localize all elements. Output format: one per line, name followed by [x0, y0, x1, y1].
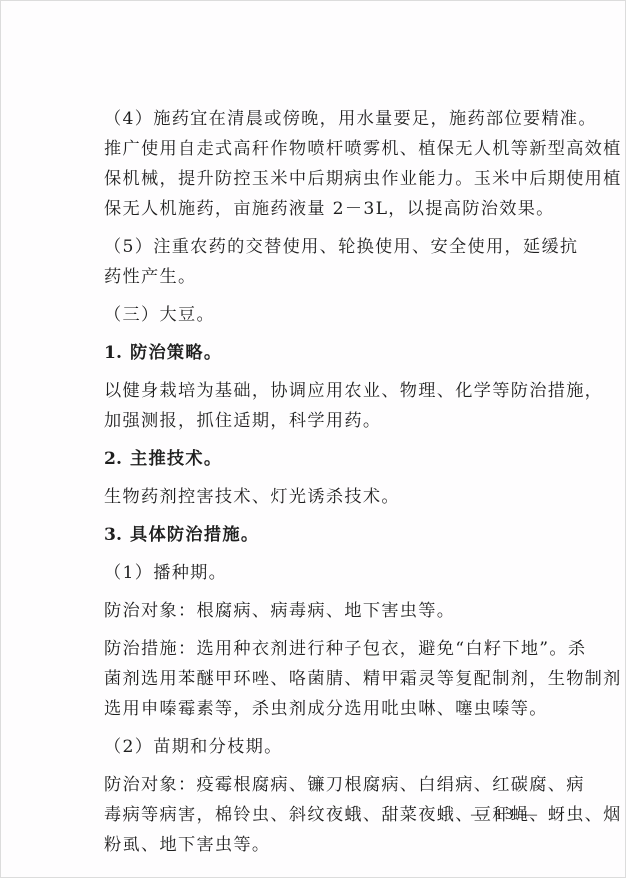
text-line: 防治措施：选用种衣剂进行种子包衣，避免“白籽下地”。杀	[104, 634, 550, 664]
text-line: 保无人机施药，亩施药液量 2－3L，以提高防治效果。	[104, 194, 552, 224]
item-heading-sowing: （1）播种期。	[104, 558, 552, 588]
subsection-title: 主推技术。	[130, 449, 222, 469]
item-heading-seedling: （2）苗期和分枝期。	[104, 732, 552, 762]
text-line: 推广使用自走式高秆作物喷杆喷雾机、植保无人机等新型高效植	[1, 134, 550, 164]
subsection-heading-measures: 3.具体防治措施。	[104, 520, 552, 550]
document-page: （4）施药宜在清晨或傍晚，用水量要足，施药部位要精准。 推广使用自走式高秆作物喷…	[0, 0, 626, 878]
text-line: 粉虱、地下害虫等。	[104, 830, 552, 860]
subsection-number: 1.	[104, 343, 122, 363]
page-number: — 13 —	[471, 806, 539, 824]
section-heading-soybean: （三）大豆。	[104, 300, 552, 330]
text-line: 保机械，提升防控玉米中后期病虫作业能力。玉米中后期使用植	[104, 164, 550, 194]
text-line: 菌剂选用苯醚甲环唑、咯菌腈、精甲霜灵等复配制剂，生物制剂	[104, 664, 550, 694]
subsection-title: 防治策略。	[130, 343, 222, 363]
text-line: 防治对象：疫霉根腐病、镰刀根腐病、白绢病、红碳腐、病	[104, 770, 550, 800]
subsection-heading-strategy: 1.防治策略。	[104, 338, 552, 368]
paragraph-item-4: （4）施药宜在清晨或傍晚，用水量要足，施药部位要精准。 推广使用自走式高秆作物喷…	[104, 104, 552, 224]
page-content: （4）施药宜在清晨或傍晚，用水量要足，施药部位要精准。 推广使用自走式高秆作物喷…	[104, 104, 552, 860]
text-line: 以健身栽培为基础，协调应用农业、物理、化学等防治措施，	[104, 376, 550, 406]
text-line: 药性产生。	[104, 262, 552, 292]
subsection-number: 2.	[104, 449, 122, 469]
text-line: 防治对象：根腐病、病毒病、地下害虫等。	[104, 596, 552, 626]
paragraph-item-5: （5）注重农药的交替使用、轮换使用、安全使用，延缓抗 药性产生。	[104, 232, 552, 292]
text-line: 加强测报，抓住适期，科学用药。	[104, 406, 552, 436]
text-line: （4）施药宜在清晨或傍晚，用水量要足，施药部位要精准。	[104, 104, 550, 134]
subsection-title: 具体防治措施。	[130, 525, 259, 545]
text-line: 选用申嗪霉素等，杀虫剂成分选用吡虫啉、噻虫嗪等。	[104, 694, 552, 724]
text-line: 生物药剂控害技术、灯光诱杀技术。	[104, 482, 552, 512]
subsection-heading-technology: 2.主推技术。	[104, 444, 552, 474]
subsection-number: 3.	[104, 525, 122, 545]
text-line: （5）注重农药的交替使用、轮换使用、安全使用，延缓抗	[104, 232, 550, 262]
